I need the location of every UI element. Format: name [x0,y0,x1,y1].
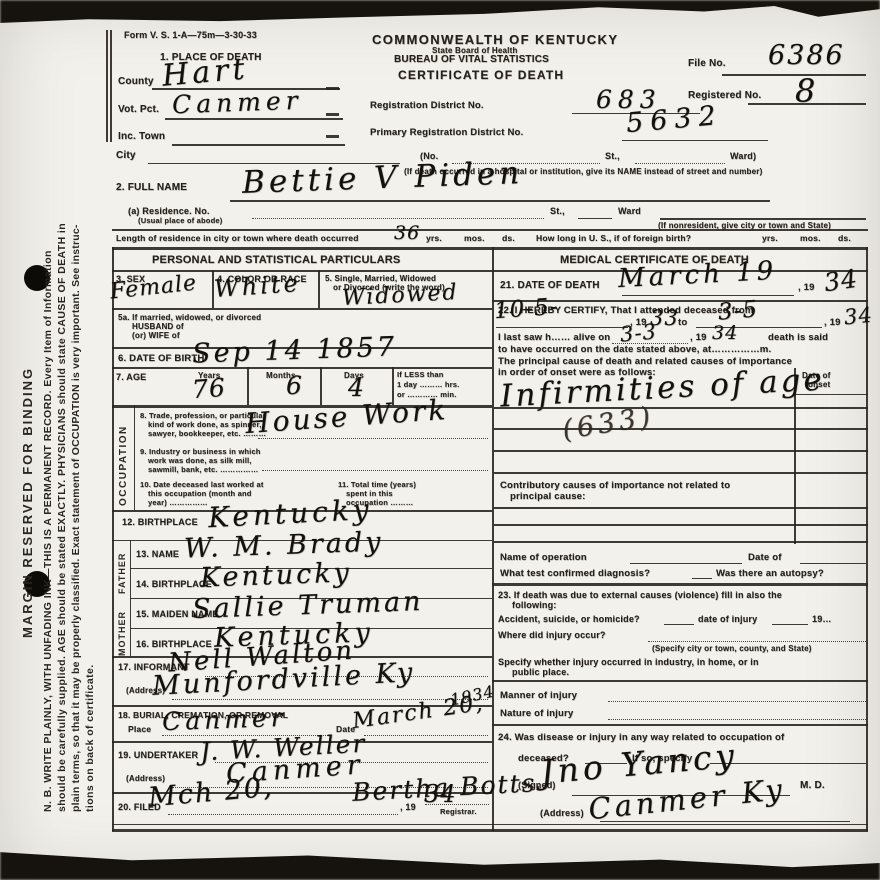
reg-district-label: Registration District No. [370,100,484,111]
q23-line-1: 23. If death was due to external causes … [498,590,782,600]
contrib-rule-3 [494,541,868,543]
registrar-label: Registrar. [440,807,477,816]
q23-line-4: Where did injury occur? [498,630,606,640]
occ9-label-1: 9. Industry or business in which [140,447,261,456]
test-label: What test confirmed diagnosis? [500,568,650,579]
occ8-dots [258,438,488,439]
dod-year-value: 34 [822,264,860,297]
occ8-value: House Work [244,393,449,440]
certify-to-word: to [678,317,687,328]
registrar-dots [425,804,489,805]
sex-row-bottom-rule [112,308,492,310]
foreign-ds: ds. [838,233,851,243]
occurred-line: to have occurred on the date stated abov… [498,344,771,355]
abode-note: (Usual place of abode) [138,216,222,225]
mother-vertical-label: MOTHER [117,611,127,656]
length-ds: ds. [502,233,515,243]
county-label: County [118,76,154,87]
full-name-label: 2. FULL NAME [116,182,187,193]
bottom-rule-outer [112,829,868,832]
marital-value: Widowed [341,280,459,311]
residence-ward-line1 [578,218,612,219]
occ9-dots [262,470,488,471]
q23-line-5: (Specify city or town, county, and State… [652,644,812,653]
operation-label: Name of operation [500,552,587,563]
death-certificate-scan: MARGIN RESERVED FOR BINDING N. B. WRITE … [0,0,880,880]
cause-line-1 [494,407,868,409]
manner-dots [608,701,866,702]
q23-line-2: following: [512,600,557,610]
foreign-label: How long in U. S., if of foreign birth? [536,233,691,243]
undertaker-label: 19. UNDERTAKER [118,750,198,760]
filed-date-value: Mch 20, [147,772,275,814]
full-name-value: Bettie V Piden [241,155,523,201]
husband-label-3: (or) WIFE of [132,331,180,340]
nature-dots [608,719,866,720]
registered-no-value: 8 [795,72,816,110]
burial-place-value: Canmer [162,703,288,736]
operation-line [630,563,742,564]
certify-to-year: 34 [843,303,874,330]
occ10-label-1: 10. Date deceased last worked at [140,480,264,489]
age-days-value: 4 [348,373,365,402]
husband-label-2: HUSBAND of [132,322,184,331]
father-vertical-label: FATHER [117,553,127,594]
length-yrs: yrs. [426,233,442,243]
certify-to-19: , 19 [824,317,841,328]
full-name-line [230,200,770,202]
city-label: City [116,150,136,161]
lastsaw-19: , 19 [690,332,707,343]
occ11-label-1: 11. Total time (years) [338,480,416,489]
stray-dash-2 [326,113,339,116]
dob-value: Sep 14 1857 [192,331,398,369]
cause-line-4 [494,472,868,474]
occ10-label-3: year) …………… [148,498,208,507]
lastsaw-tail: death is said [768,332,828,343]
length-label: Length of residence in city or town wher… [116,233,359,243]
main-box-right-rule [866,247,868,831]
city-st-label: St., [605,151,620,161]
file-no-line [722,74,866,76]
q23-line-3a: Accident, suicide, or homicide? [498,614,640,624]
injury-bottom-rule [492,724,868,726]
q23-bottom-rule [492,680,868,682]
primary-reg-label: Primary Registration District No. [370,127,523,138]
test-line [692,578,712,579]
length-mos: mos. [464,233,485,243]
personal-title: PERSONAL AND STATISTICAL PARTICULARS [152,254,400,266]
bureau-subtitle: BUREAU OF VITAL STATISTICS [394,54,549,65]
center-divider-rule [492,247,494,831]
occ9-label-3: sawmill, bank, etc. …………… [148,465,258,474]
margin-nb-line1: N. B. WRITE PLAINLY, WITH UNFADING INK—T… [42,250,54,812]
age-less-label-2: 1 day ……… hrs. [397,380,459,389]
inc-town-label: Inc. Town [118,131,165,142]
birthplace-label: 12. BIRTHPLACE [122,517,198,527]
age-label: 7. AGE [116,372,146,382]
occ10-label-2: this occupation (month and [148,489,252,498]
certify-from-value: 10-5- [493,294,559,324]
binding-rule-1 [106,30,108,142]
q23-line-3c: 19… [812,614,832,624]
occupation-vertical-label: OCCUPATION [118,425,129,506]
q23-homicide-line [664,624,694,625]
operation-date-label: Date of [748,552,782,563]
registrar-signature: Bertha Botts [351,768,537,807]
margin-nb-line2: should be carefully supplied. AGE should… [56,223,68,812]
contrib-line-1: Contributory causes of importance not re… [500,480,730,491]
stray-dash-3 [326,135,339,138]
vot-pct-label: Vot. Pct. [118,104,159,115]
form-number: Form V. S. 1-A—75m—3-30-33 [124,30,257,40]
stray-dash-1 [326,87,339,90]
length-value: 36 [394,222,420,244]
dod-label: 21. DATE OF DEATH [500,280,600,291]
occ9-label-2: work was done, as silk mill, [148,456,252,465]
certificate-title: CERTIFICATE OF DEATH [398,68,564,82]
age-col-rule-2 [320,367,322,405]
foreign-mos: mos. [800,233,821,243]
main-box-top-rule [112,247,868,250]
primary-reg-line [622,140,768,141]
city-st-dots [635,163,725,164]
file-no-value: 6386 [768,40,845,71]
q23-line-7: public place. [512,667,569,677]
scan-edge-top [0,0,880,24]
residence-ward-line2 [660,218,866,220]
length-row-top-rule [112,229,868,231]
q23-line-6: Specify whether injury occurred in indus… [498,657,759,667]
residence-dots [252,218,544,219]
dob-row-bottom-rule [112,367,492,369]
contrib-line-2: principal cause: [510,491,586,502]
operation-date-line [800,563,866,564]
burial-place-label: Place [128,724,151,734]
husband-label-1: 5a. If married, widowed, or divorced [118,313,261,322]
lastsaw-line: I last saw h…… alive on [498,332,610,343]
age-less-label-1: If LESS than [397,370,444,379]
dod-line [622,295,794,296]
residence-label: (a) Residence. No. [128,206,210,216]
margin-binding-note: MARGIN RESERVED FOR BINDING [20,367,35,638]
foreign-yrs: yrs. [762,233,778,243]
contrib-rule-1 [494,507,868,509]
color-value: White [213,269,301,303]
cause-line-2 [494,428,868,430]
file-no-label: File No. [688,58,726,69]
city-ward-label: Ward) [730,151,756,161]
father-bp-value: Kentucky [200,557,353,593]
residence-st-label: St., [550,206,565,216]
burial-date-dots [364,735,488,736]
lastsaw-year: 34 [712,322,738,344]
test-row-bottom-rule [492,583,868,586]
occupation-strip-rule [134,405,135,510]
q23-line-3b: date of injury [698,614,757,624]
q23-where-dots [648,641,866,642]
q23-injury-date-line [772,624,808,625]
margin-nb-line3: plain terms, so that it may be properly … [70,224,82,812]
dod-19-label: , 19 [798,282,815,293]
age-col-rule-1 [247,367,249,405]
lastsaw-value: 3-3 [619,319,658,346]
filed-dots [168,814,398,815]
scan-edge-bottom [0,846,880,880]
registered-no-label: Registered No. [688,90,761,101]
residence-ward-label: Ward [618,206,641,216]
age-years-value: 76 [191,373,227,404]
commonwealth-title: COMMONWEALTH OF KENTUCKY [372,32,618,47]
father-name-label: 13. NAME [136,549,179,559]
contrib-rule-2 [494,524,868,526]
md-label: M. D. [800,780,825,791]
manner-label: Manner of injury [500,690,577,701]
color-cell-rule [318,270,320,308]
cause-line-3 [494,450,868,452]
autopsy-label: Was there an autopsy? [716,568,824,579]
main-box-left-rule [112,247,114,831]
vot-pct-value: Canmer [172,86,304,120]
bottom-rule-inner [112,824,868,825]
certify-from-line [496,327,628,328]
q24-line-1: 24. Was disease or injury in any way rel… [498,732,784,743]
nature-label: Nature of injury [500,708,573,719]
margin-nb-line4: tions on back of certificate. [84,664,96,812]
physician-addr-label: (Address) [540,808,584,818]
binding-rule-2 [110,30,112,142]
inc-town-line [172,144,345,146]
age-months-value: 6 [286,371,303,400]
